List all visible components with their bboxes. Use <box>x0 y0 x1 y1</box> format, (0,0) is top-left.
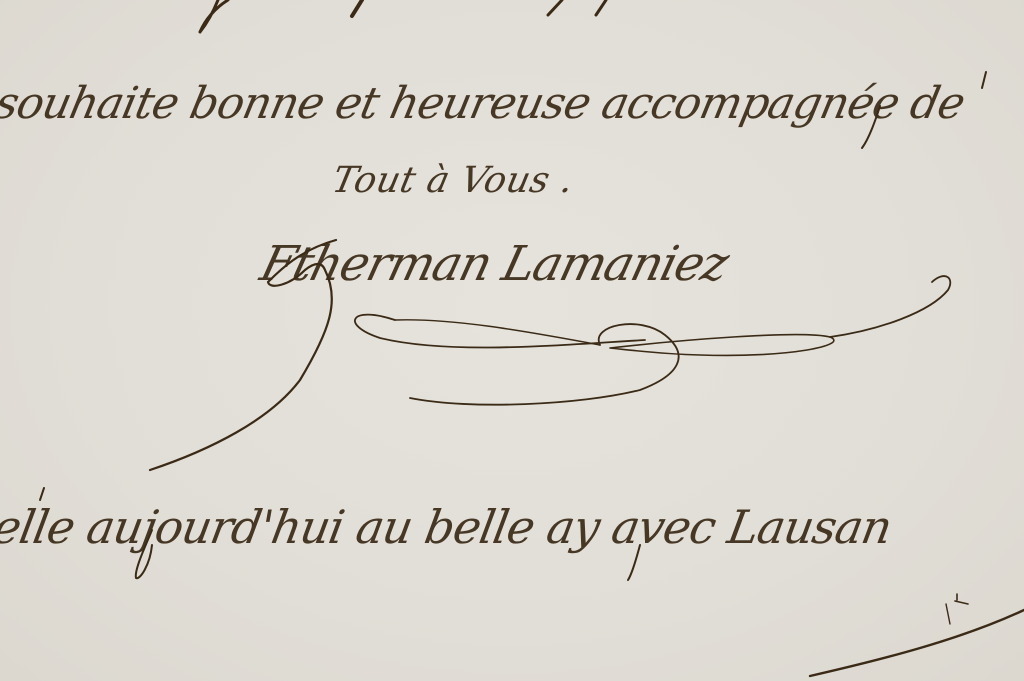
letter-closing: Tout à Vous . <box>329 160 578 201</box>
top-stroke-4 <box>596 0 606 15</box>
line3-accent <box>40 488 44 500</box>
letter-line-3: elle aujourd'hui au belle ay avec Lausan <box>0 500 895 554</box>
top-stroke-1 <box>200 0 228 32</box>
bottom-accent-2 <box>955 594 968 604</box>
letter-line-1: souhaite bonne et heureuse accompagnée d… <box>0 78 969 129</box>
bottom-right-stroke <box>810 610 1024 676</box>
top-stroke-2 <box>352 0 362 16</box>
line1-accent <box>982 72 986 88</box>
top-stroke-3 <box>548 0 562 15</box>
bottom-accent-1 <box>946 604 950 624</box>
signature-loop-right <box>610 335 834 356</box>
signature-tail <box>830 276 950 337</box>
signature-loop-left-return <box>395 320 600 345</box>
signature: Ftherman Lamaniez <box>255 236 733 292</box>
signature-loop-center <box>410 324 679 405</box>
